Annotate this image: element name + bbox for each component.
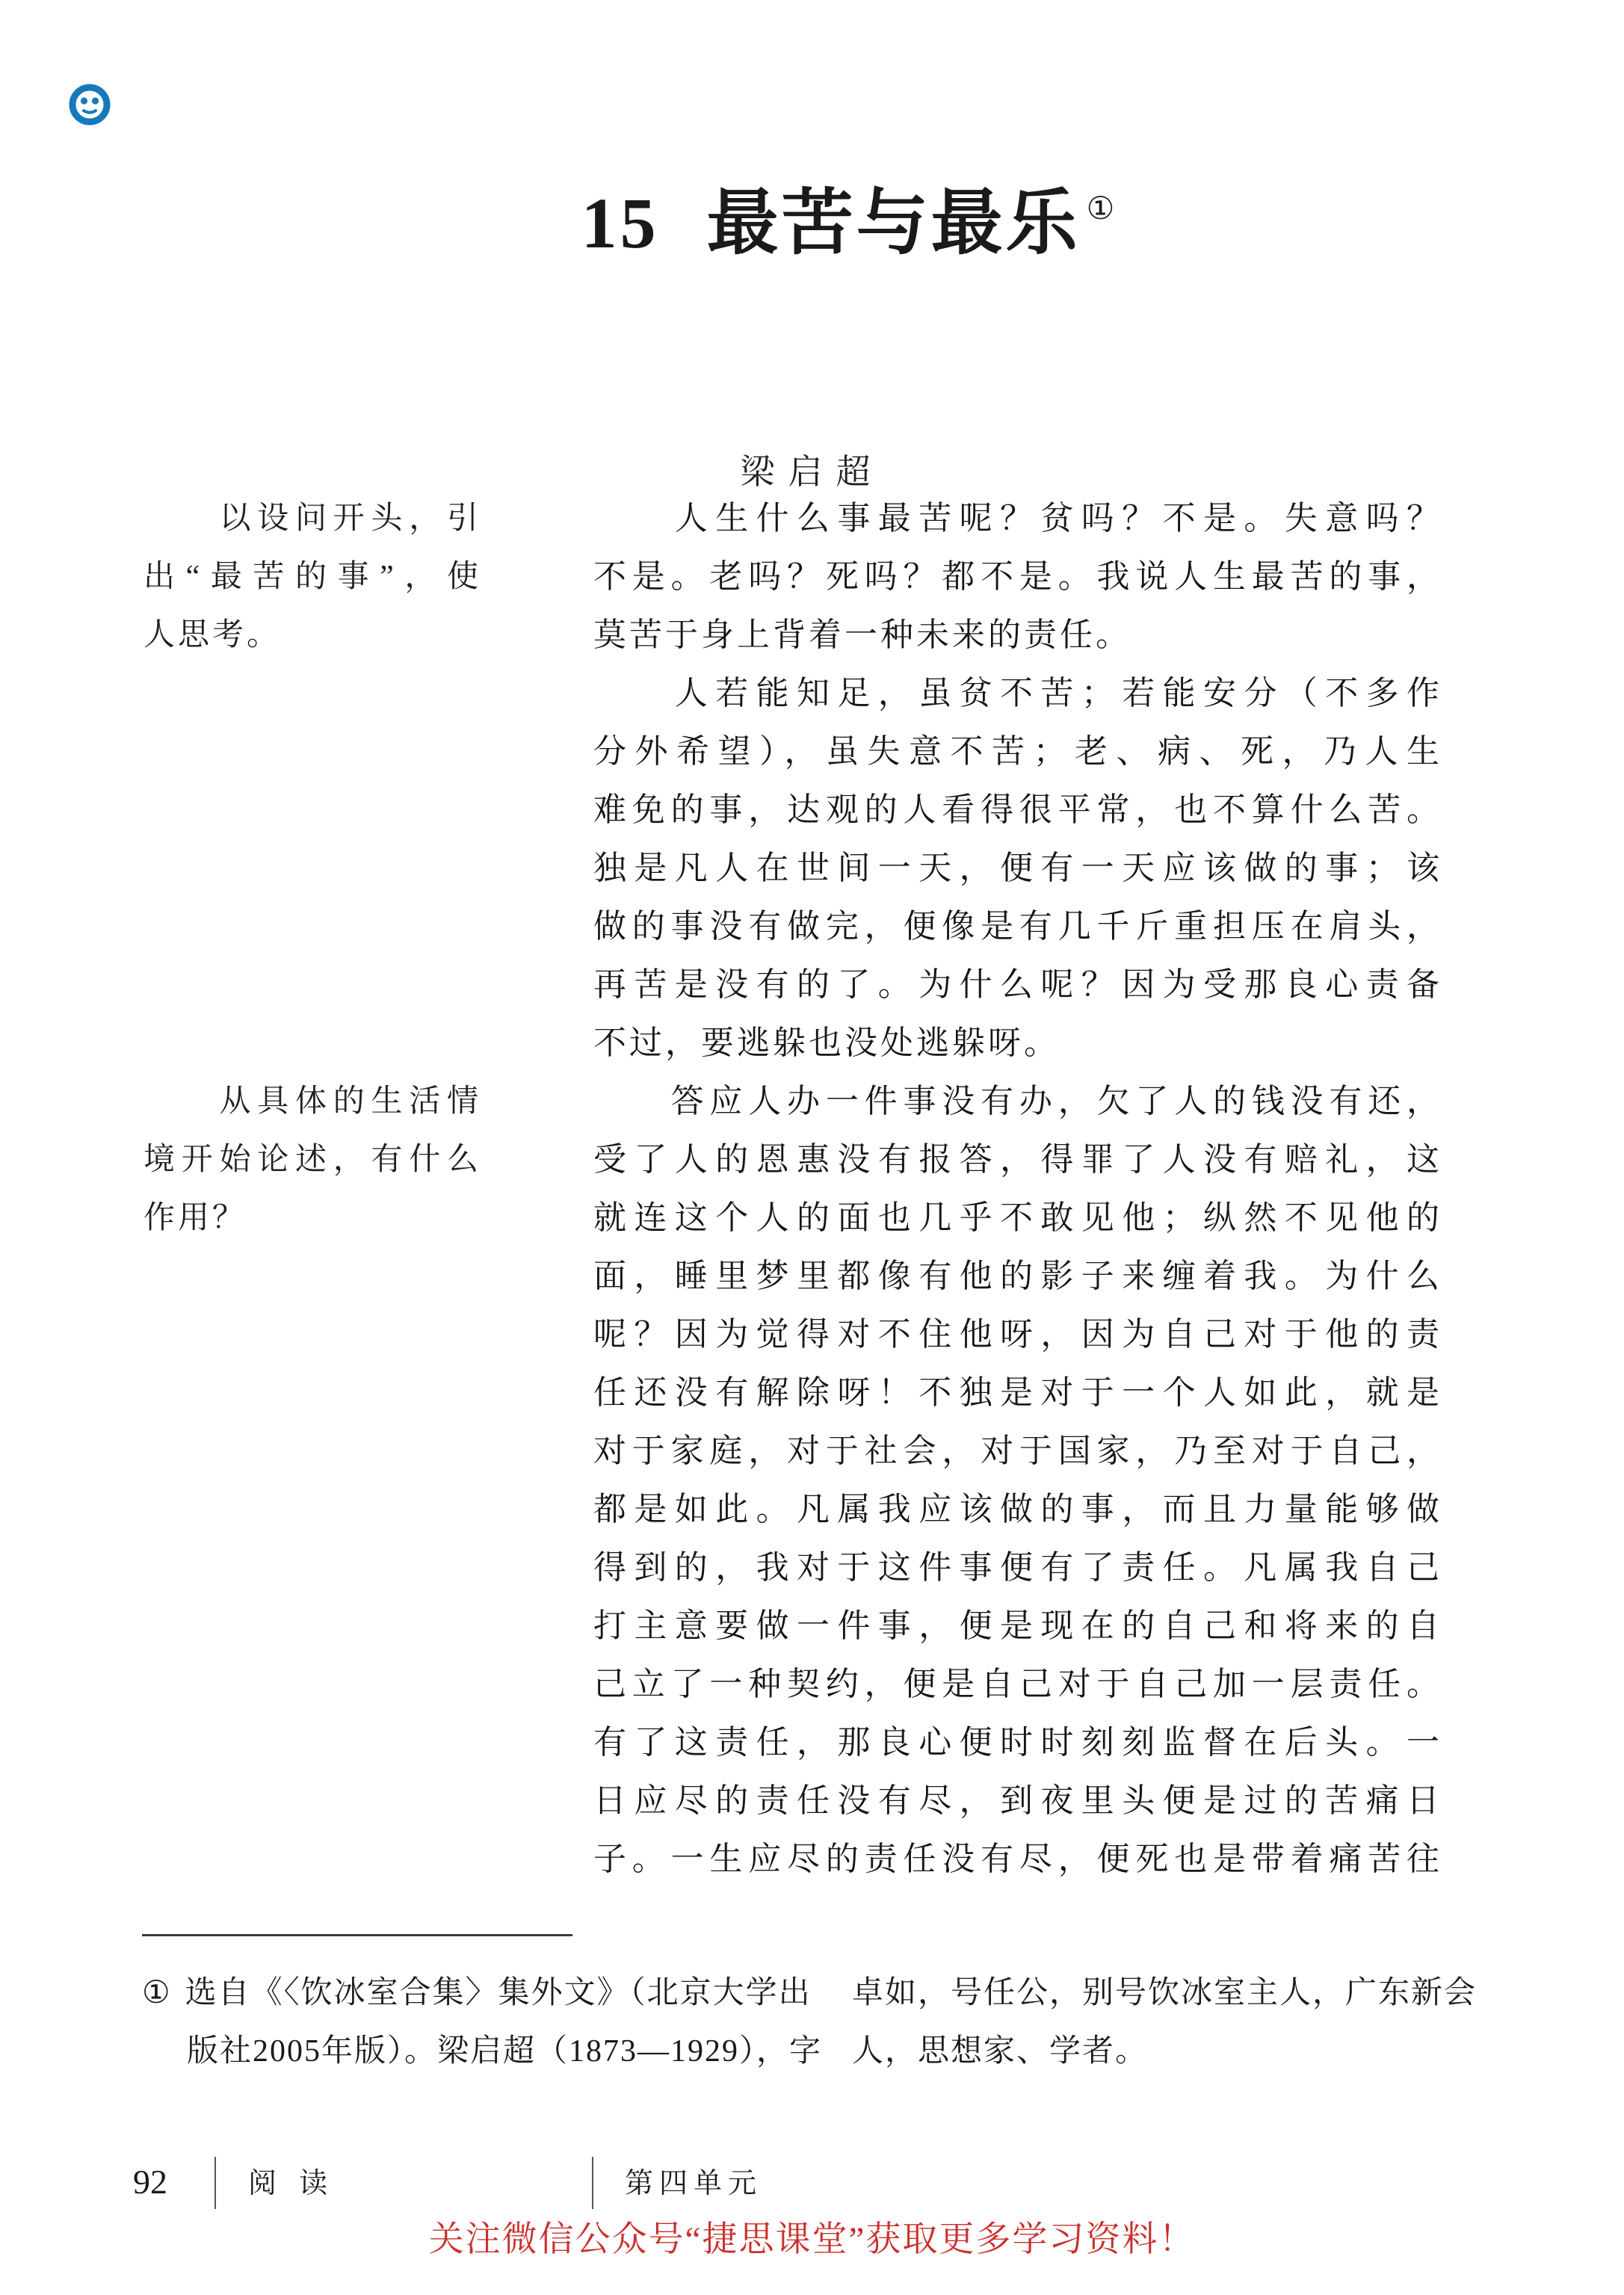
- text-line: 作用？: [143, 1189, 481, 1247]
- text-line: 就连这个人的面也几乎不敢见他；纵然不见他的: [593, 1189, 1442, 1247]
- text-line: 出“最苦的事”，使: [143, 548, 481, 606]
- watermark-text: 关注微信公众号“捷思课堂”获取更多学习资料！: [0, 2217, 1624, 2263]
- lesson-title: 最苦与最乐: [707, 183, 1081, 263]
- text-line: 以设问开头，引: [143, 489, 481, 548]
- footnote-left-text-2: 版社2005年版）。梁启超（1873—1929），字: [142, 2022, 762, 2081]
- lesson-number: 15: [581, 183, 659, 263]
- margin-note-2: 从具体的生活情境开始论述，有什么作用？: [143, 1072, 481, 1247]
- text-line: 己立了一种契约，便是自己对于自己加一层责任。: [593, 1655, 1442, 1714]
- footnote-left-column: ①选自《〈饮冰室合集〉集外文》（北京大学出 版社2005年版）。梁启超（1873…: [142, 1964, 762, 2081]
- text-line: 再苦是没有的了。为什么呢？因为受那良心责备: [593, 956, 1442, 1014]
- text-line: 对于家庭，对于社会，对于国家，乃至对于自己，: [593, 1422, 1442, 1480]
- smiley-face-icon: [69, 84, 111, 126]
- text-line: 得到的，我对于这件事便有了责任。凡属我自己: [593, 1539, 1442, 1597]
- unit-label: 第四单元: [625, 2164, 762, 2203]
- footnote-left-text-1: 选自《〈饮冰室合集〉集外文》（北京大学出: [185, 1976, 812, 2010]
- text-line: 面，睡里梦里都像有他的影子来缠着我。为什么: [593, 1247, 1442, 1306]
- footnote-right-text-2: 人，思想家、学者。: [852, 2022, 1510, 2081]
- text-line: 分外希望），虽失意不苦；老、病、死，乃人生: [593, 723, 1442, 781]
- margin-note-1: 以设问开头，引出“最苦的事”，使人思考。: [143, 489, 481, 664]
- text-line: 有了这责任，那良心便时时刻刻监督在后头。一: [593, 1714, 1442, 1772]
- author-name: 梁启超: [0, 450, 1624, 495]
- text-line: 子。一生应尽的责任没有尽，便死也是带着痛苦往: [593, 1830, 1442, 1888]
- body-text: 人生什么事最苦呢？贫吗？不是。失意吗？不是。老吗？死吗？都不是。我说人生最苦的事…: [593, 489, 1442, 1888]
- text-line: 不过，要逃躲也没处逃躲呀。: [593, 1014, 1442, 1072]
- footnote-right-column: 卓如，号任公，别号饮冰室主人，广东新会 人，思想家、学者。: [852, 1964, 1510, 2081]
- footnote-marker: ①: [142, 1976, 172, 2010]
- text-line: 答应人办一件事没有办，欠了人的钱没有还，: [593, 1072, 1442, 1131]
- footer-divider-2: [592, 2157, 593, 2209]
- text-line: 人若能知足，虽贫不苦；若能安分（不多作: [593, 664, 1442, 723]
- footnote-line: ①选自《〈饮冰室合集〉集外文》（北京大学出: [142, 1964, 762, 2022]
- text-line: 独是凡人在世间一天，便有一天应该做的事；该: [593, 839, 1442, 898]
- text-line: 不是。老吗？死吗？都不是。我说人生最苦的事，: [593, 548, 1442, 606]
- section-label: 阅读: [248, 2164, 350, 2203]
- text-line: 做的事没有做完，便像是有几千斤重担压在肩头，: [593, 898, 1442, 956]
- text-line: 人思考。: [143, 606, 481, 664]
- lesson-title-row: 15最苦与最乐①: [36, 182, 1624, 279]
- text-line: 难免的事，达观的人看得很平常，也不算什么苦。: [593, 781, 1442, 839]
- textbook-page: 15最苦与最乐① 梁启超 以设问开头，引出“最苦的事”，使人思考。 从具体的生活…: [0, 0, 1624, 2295]
- text-line: 都是如此。凡属我应该做的事，而且力量能够做: [593, 1480, 1442, 1539]
- text-line: 任还没有解除呀！不独是对于一个人如此，就是: [593, 1364, 1442, 1422]
- text-line: 受了人的恩惠没有报答，得罪了人没有赔礼，这: [593, 1131, 1442, 1189]
- text-line: 打主意要做一件事，便是现在的自己和将来的自: [593, 1597, 1442, 1655]
- page-number: 92: [133, 2158, 167, 2206]
- text-line: 呢？因为觉得对不住他呀，因为自己对于他的责: [593, 1306, 1442, 1364]
- footer-divider-1: [214, 2157, 216, 2209]
- text-line: 从具体的生活情: [143, 1072, 481, 1131]
- text-line: 人生什么事最苦呢？贫吗？不是。失意吗？: [593, 489, 1442, 548]
- title-footnote-ref: ①: [1087, 168, 1115, 250]
- text-line: 境开始论述，有什么: [143, 1131, 481, 1189]
- footnote-right-text-1: 卓如，号任公，别号饮冰室主人，广东新会: [852, 1964, 1510, 2022]
- footnote-rule: [142, 1934, 572, 1936]
- text-line: 日应尽的责任没有尽，到夜里头便是过的苦痛日: [593, 1772, 1442, 1830]
- text-line: 莫苦于身上背着一种未来的责任。: [593, 606, 1442, 664]
